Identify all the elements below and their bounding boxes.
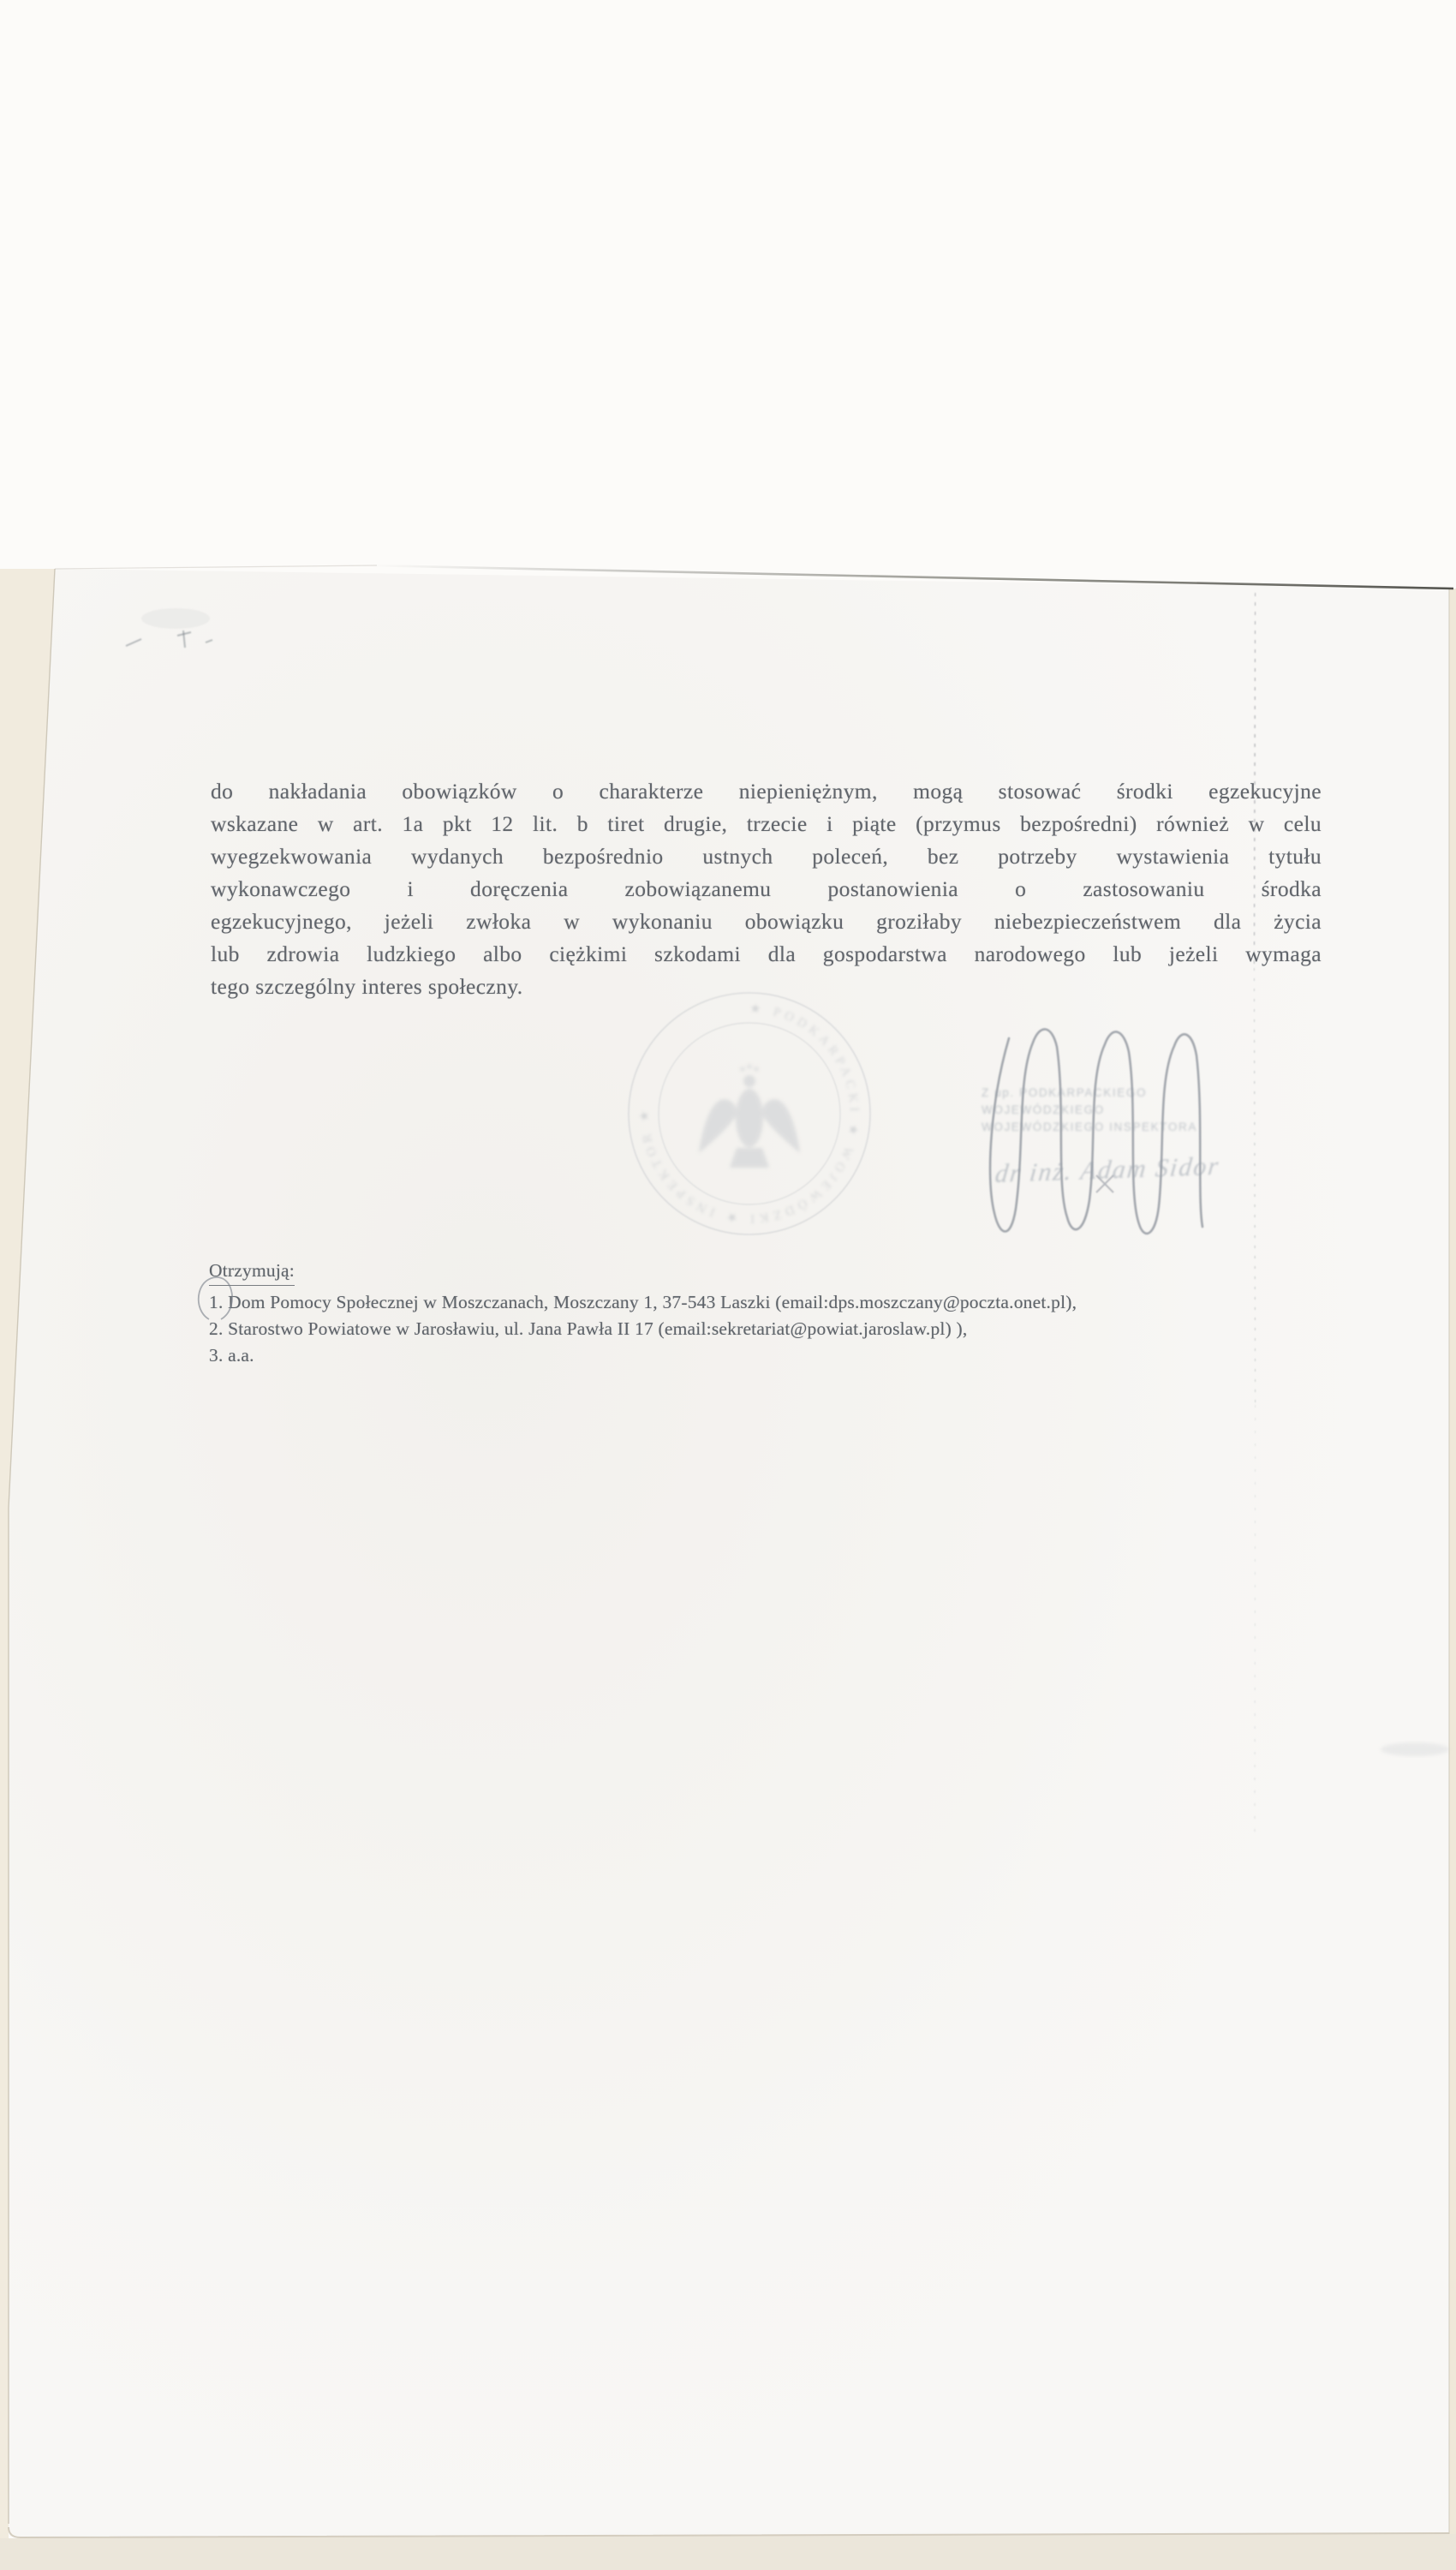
paragraph-line: wskazane w art. 1a pkt 12 lit. b tiret d…: [211, 808, 1322, 840]
paragraph-line: egzekucyjnego, jeżeli zwłoka w wykonaniu…: [211, 905, 1322, 938]
scanner-margin-bottom: [0, 2533, 1456, 2570]
recipient-item: 3. a.a.: [209, 1342, 1348, 1369]
illegible-stamp-line: WOJEWÓDZKIEGO INSPEKTORA: [982, 1119, 1264, 1136]
paragraph-line: do nakładania obowiązków o charakterze n…: [211, 775, 1322, 808]
paragraph-line: tego szczególny interes społeczny.: [211, 971, 1322, 1003]
recipients-heading: Otrzymują:: [209, 1258, 295, 1286]
paragraph-line: wyegzekwowania wydanych bezpośrednio ust…: [211, 840, 1322, 873]
paragraph-line: wykonawczego i doręczenia zobowiązanemu …: [211, 873, 1322, 905]
recipients-list: Otrzymują: 1. Dom Pomocy Społecznej w Mo…: [209, 1258, 1348, 1369]
paragraph-line: lub zdrowia ludzkiego albo ciężkimi szko…: [211, 938, 1322, 971]
recipient-item: 1. Dom Pomocy Społecznej w Moszczanach, …: [209, 1289, 1348, 1316]
illegible-office-stamp-text: Z up. PODKARPACKIEGO WOJEWÓDZKIEGO WOJEW…: [982, 1085, 1264, 1136]
scanned-document-screenshot: ★ PODKARPACKI ★ WOJEWÓDZKI ★ INSPEKTOR ★…: [0, 0, 1456, 2570]
scanner-margin-right: [1449, 589, 1456, 2534]
recipient-item: 2. Starostwo Powiatowe w Jarosławiu, ul.…: [209, 1316, 1348, 1342]
body-paragraph: do nakładania obowiązków o charakterze n…: [211, 775, 1322, 1003]
illegible-stamp-line: Z up. PODKARPACKIEGO WOJEWÓDZKIEGO: [982, 1085, 1264, 1119]
scan-smudge: [1381, 1742, 1449, 1756]
